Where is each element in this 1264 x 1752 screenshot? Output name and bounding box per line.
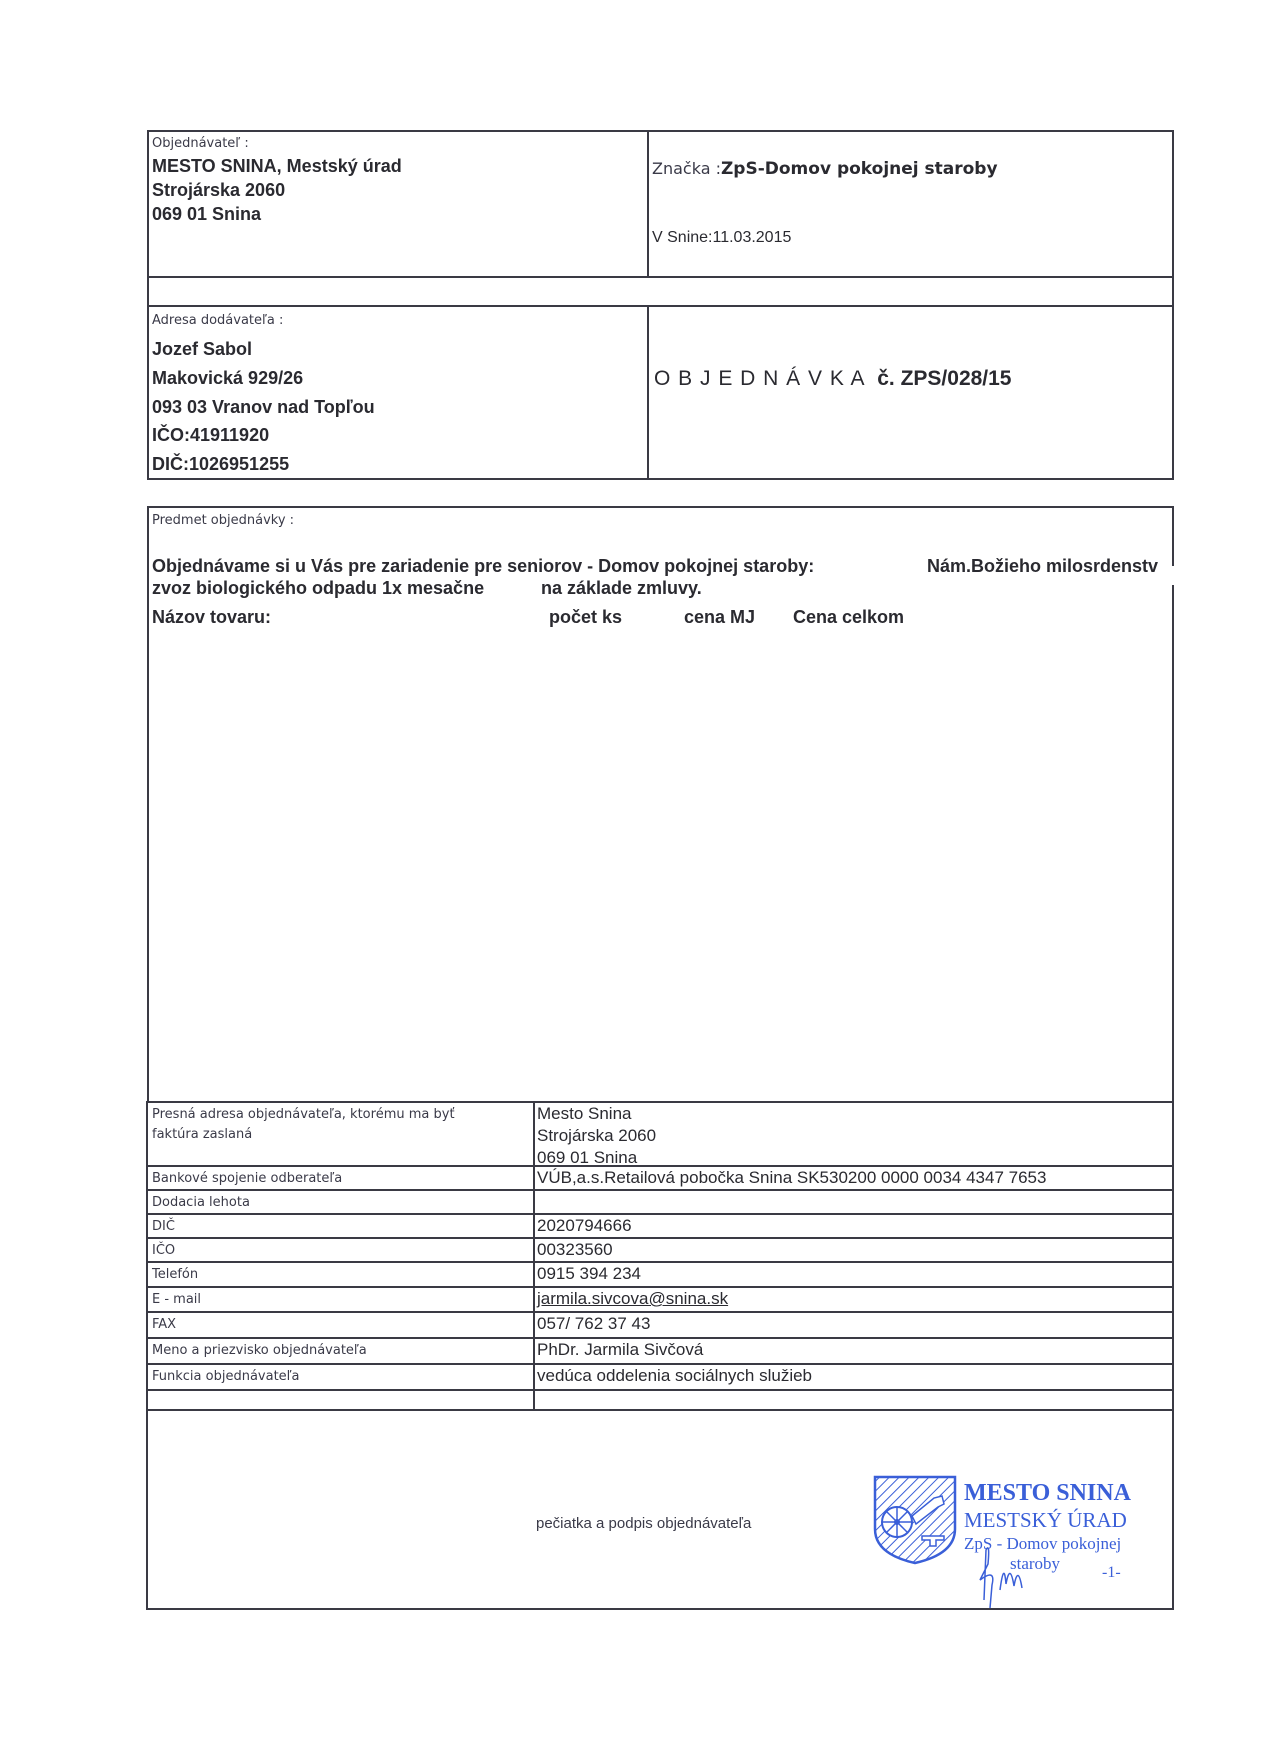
subject-line1-right: Nám.Božieho milosrdenstv xyxy=(927,556,1172,577)
orderer-name: MESTO SNINA, Mestský úrad xyxy=(152,156,402,177)
details-value: 0915 394 234 xyxy=(537,1264,641,1284)
order-title: O B J E D N Á V K A č. ZPS/028/15 xyxy=(654,367,1012,391)
details-label: FAX xyxy=(152,1317,176,1332)
orderer-city: 069 01 Snina xyxy=(152,204,261,225)
subject-line2-right: na základe zmluvy. xyxy=(541,578,702,599)
supplier-ico: IČO:41911920 xyxy=(152,425,269,446)
details-row: FAX057/ 762 37 43 xyxy=(148,1313,1172,1337)
place-date: V Snine:11.03.2015 xyxy=(652,229,791,247)
column-total: Cena celkom xyxy=(793,607,904,628)
supplier-block xyxy=(147,305,1174,480)
details-row: Presná adresa objednávateľa, ktorému ma … xyxy=(148,1103,1172,1165)
details-value: Strojárska 2060 xyxy=(537,1126,656,1146)
supplier-label: Adresa dodávateľa : xyxy=(152,313,283,328)
signature-label: pečiatka a podpis objednávateľa xyxy=(536,1515,751,1532)
subject-right-edge xyxy=(1172,506,1174,566)
row-divider xyxy=(146,1409,1174,1411)
details-label: Funkcia objednávateľa xyxy=(152,1369,300,1384)
orderer-street: Strojárska 2060 xyxy=(152,180,285,201)
subject-line2: zvoz biologického odpadu 1x mesačne xyxy=(152,578,484,599)
signature-icon xyxy=(970,1540,1050,1610)
supplier-city: 093 03 Vranov nad Topľou xyxy=(152,397,375,418)
details-value: vedúca oddelenia sociálnych služieb xyxy=(537,1366,812,1386)
divider xyxy=(647,305,649,480)
supplier-dic: DIČ:1026951255 xyxy=(152,454,289,475)
coat-of-arms-icon xyxy=(872,1474,958,1566)
spacer-row xyxy=(147,276,1174,307)
details-row: Funkcia objednávateľavedúca oddelenia so… xyxy=(148,1365,1172,1389)
email-link[interactable]: jarmila.sivcova@snina.sk xyxy=(537,1289,728,1309)
reference-label: Značka : xyxy=(652,159,721,178)
column-unit-price: cena MJ xyxy=(684,607,755,628)
details-value: 00323560 xyxy=(537,1240,613,1260)
details-label: DIČ xyxy=(152,1219,175,1234)
column-name: Názov tovaru: xyxy=(152,607,271,628)
supplier-name: Jozef Sabol xyxy=(152,339,252,360)
column-quantity: počet ks xyxy=(549,607,622,628)
details-row: Dodacia lehota xyxy=(148,1191,1172,1213)
details-label: Meno a priezvisko objednávateľa xyxy=(152,1343,367,1358)
details-value: PhDr. Jarmila Sivčová xyxy=(537,1340,703,1360)
details-label: E - mail xyxy=(152,1292,201,1307)
reference-value: ZpS-Domov pokojnej staroby xyxy=(721,159,998,179)
reference: Značka :ZpS-Domov pokojnej staroby xyxy=(652,158,998,179)
details-label: Dodacia lehota xyxy=(152,1195,250,1210)
orderer-block xyxy=(147,130,1174,278)
details-row: DIČ2020794666 xyxy=(148,1215,1172,1237)
details-row: Meno a priezvisko objednávateľaPhDr. Jar… xyxy=(148,1339,1172,1363)
stamp: MESTO SNINA MESTSKÝ ÚRAD ZpS - Domov pok… xyxy=(870,1470,1170,1610)
details-label: Telefón xyxy=(152,1267,198,1282)
details-row: IČO00323560 xyxy=(148,1239,1172,1261)
subject-line1: Objednávame si u Vás pre zariadenie pre … xyxy=(152,556,814,577)
order-number: č. ZPS/028/15 xyxy=(877,367,1011,390)
supplier-street: Makovická 929/26 xyxy=(152,368,303,389)
details-value: VÚB,a.s.Retailová pobočka Snina SK530200… xyxy=(537,1168,1046,1188)
divider xyxy=(647,130,649,278)
details-row: Telefón0915 394 234 xyxy=(148,1263,1172,1286)
details-label: Presná adresa objednávateľa, ktorému ma … xyxy=(152,1107,455,1122)
details-label: IČO xyxy=(152,1243,175,1258)
stamp-line2: MESTSKÝ ÚRAD xyxy=(964,1508,1127,1533)
details-row: E - mailjarmila.sivcova@snina.sk xyxy=(148,1288,1172,1311)
details-label-cont: faktúra zaslaná xyxy=(152,1127,252,1142)
details-label: Bankové spojenie odberateľa xyxy=(152,1171,342,1186)
subject-label: Predmet objednávky : xyxy=(152,513,294,528)
stamp-number: -1- xyxy=(1102,1564,1121,1582)
orderer-label: Objednávateľ : xyxy=(152,136,249,151)
details-value: 2020794666 xyxy=(537,1216,632,1236)
details-value: Mesto Snina xyxy=(537,1104,632,1124)
details-value: 057/ 762 37 43 xyxy=(537,1314,650,1334)
order-title-word: O B J E D N Á V K A xyxy=(654,367,866,390)
row-divider xyxy=(146,1389,1174,1391)
stamp-line1: MESTO SNINA xyxy=(964,1480,1131,1507)
subject-right-edge xyxy=(1172,585,1174,1103)
details-row: Bankové spojenie odberateľaVÚB,a.s.Retai… xyxy=(148,1167,1172,1189)
